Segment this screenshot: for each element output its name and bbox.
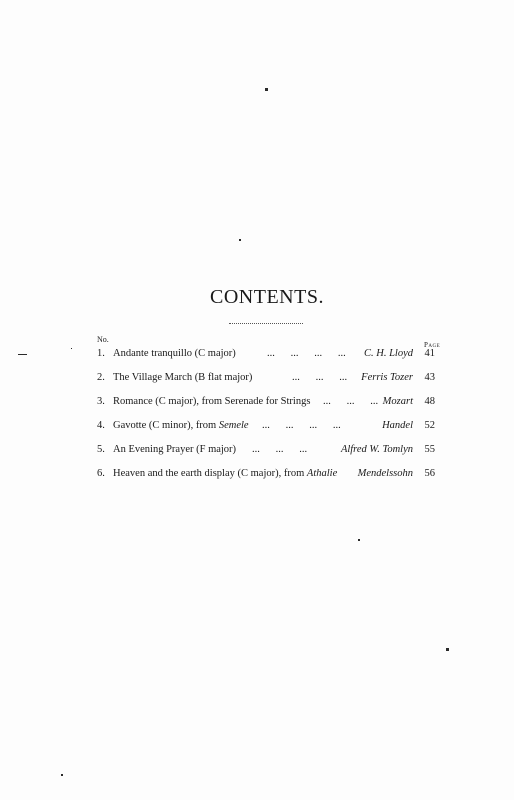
entry-title: Gavotte (C minor), from Semele bbox=[113, 419, 249, 433]
entry-title: Andante tranquillo (C major) bbox=[113, 347, 236, 361]
dot-leaders: ... ... ... bbox=[292, 371, 347, 385]
entry-title: Romance (C major), from Serenade for Str… bbox=[113, 395, 310, 409]
entry-page-number: 41 bbox=[421, 347, 435, 361]
scan-speck bbox=[446, 648, 449, 651]
entry-composer: Ferris Tozer bbox=[361, 371, 413, 385]
scan-speck bbox=[265, 88, 268, 91]
entry-title: Heaven and the earth display (C major), … bbox=[113, 467, 337, 481]
entry-page-number: 55 bbox=[421, 443, 435, 457]
contents-entry: 4.Gavotte (C minor), from Semele... ... … bbox=[97, 419, 435, 433]
dot-leaders: ... ... ... ... bbox=[267, 347, 346, 361]
entry-composer: Handel bbox=[382, 419, 413, 433]
scan-speck bbox=[18, 354, 27, 355]
entry-number: 5. bbox=[97, 443, 105, 457]
scan-speck bbox=[71, 348, 72, 349]
entry-number: 6. bbox=[97, 467, 105, 481]
entry-title: The Village March (B flat major) bbox=[113, 371, 252, 385]
entry-page-number: 43 bbox=[421, 371, 435, 385]
scan-speck bbox=[358, 539, 360, 541]
scan-speck bbox=[61, 774, 63, 776]
entry-title: An Evening Prayer (F major) bbox=[113, 443, 236, 457]
dot-leaders: ... ... ... bbox=[252, 443, 307, 457]
entry-composer: Alfred W. Tomlyn bbox=[341, 443, 413, 457]
contents-entry: 3.Romance (C major), from Serenade for S… bbox=[97, 395, 435, 409]
contents-entry: 5.An Evening Prayer (F major)... ... ...… bbox=[97, 443, 435, 457]
entry-page-number: 56 bbox=[421, 467, 435, 481]
entry-composer: Mendelssohn bbox=[358, 467, 413, 481]
document-page: CONTENTS. No. Page 1.Andante tranquillo … bbox=[0, 0, 514, 800]
page-title: CONTENTS. bbox=[0, 286, 514, 309]
contents-entry: 1.Andante tranquillo (C major)... ... ..… bbox=[97, 347, 435, 361]
entry-number: 2. bbox=[97, 371, 105, 385]
entry-composer: Mozart bbox=[383, 395, 413, 409]
entry-number: 3. bbox=[97, 395, 105, 409]
contents-entry: 6.Heaven and the earth display (C major)… bbox=[97, 467, 435, 481]
entry-composer: C. H. Lloyd bbox=[364, 347, 413, 361]
scan-speck bbox=[239, 239, 241, 241]
header-no: No. bbox=[97, 335, 109, 344]
dot-leaders: ... ... ... bbox=[323, 395, 378, 409]
title-rule bbox=[229, 323, 303, 325]
contents-entry: 2.The Village March (B flat major)... ..… bbox=[97, 371, 435, 385]
dot-leaders: ... ... ... ... bbox=[262, 419, 341, 433]
entry-number: 4. bbox=[97, 419, 105, 433]
entry-page-number: 48 bbox=[421, 395, 435, 409]
entry-number: 1. bbox=[97, 347, 105, 361]
entry-page-number: 52 bbox=[421, 419, 435, 433]
